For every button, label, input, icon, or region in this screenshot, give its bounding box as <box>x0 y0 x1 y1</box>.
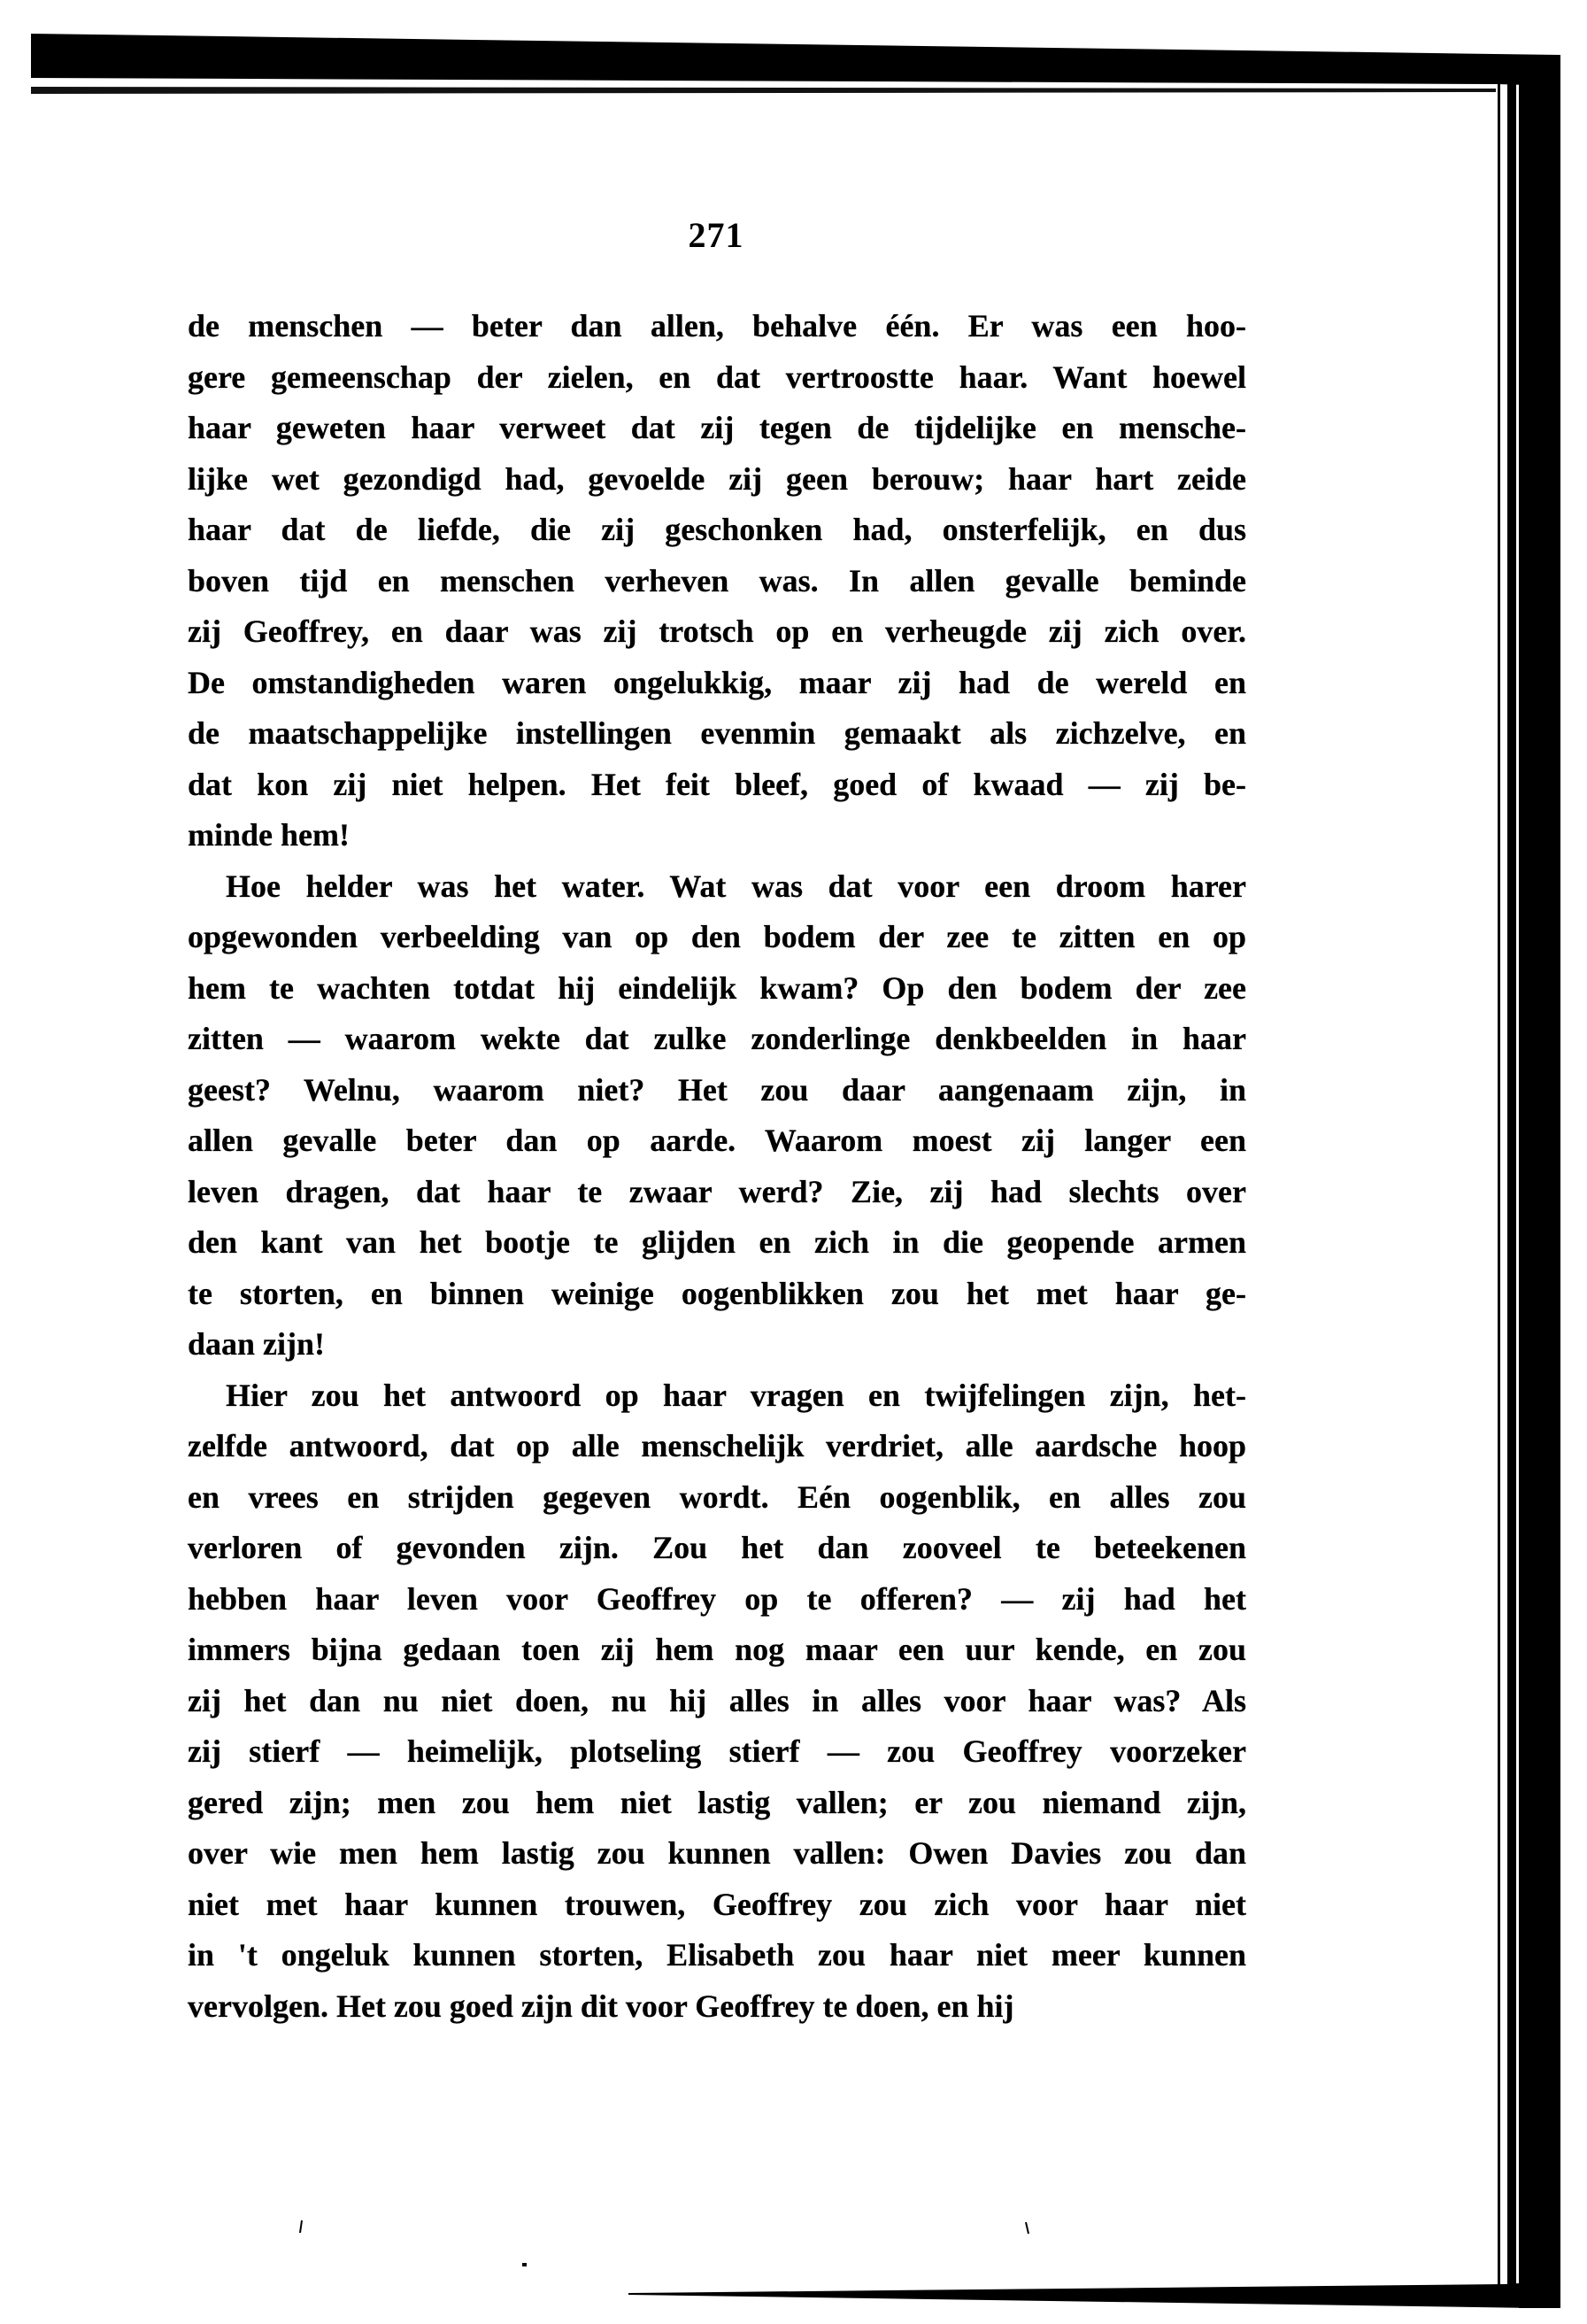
text-line: vervolgen. Het zou goed zijn dit voor Ge… <box>188 1981 1246 2033</box>
text-line: den kant van het bootje te glijden en zi… <box>188 1217 1246 1269</box>
right-scan-edge-line <box>1507 84 1516 2293</box>
text-line: dat kon zij niet helpen. Het feit bleef,… <box>188 760 1246 811</box>
text-line: zitten — waarom wekte dat zulke zonderli… <box>188 1014 1246 1065</box>
text-line: gere gemeenschap der zielen, en dat vert… <box>188 352 1246 404</box>
text-line: allen gevalle beter dan op aarde. Waarom… <box>188 1116 1246 1167</box>
text-line: de maatschappelijke instellingen evenmin… <box>188 708 1246 760</box>
text-line: in 't ongeluk kunnen storten, Elisabeth … <box>188 1930 1246 1981</box>
paragraph: de menschen — beter dan allen, behalve é… <box>188 301 1246 861</box>
text-line: verloren of gevonden zijn. Zou het dan z… <box>188 1523 1246 1574</box>
text-line: geest? Welnu, waarom niet? Het zou daar … <box>188 1065 1246 1116</box>
text-line: immers bijna gedaan toen zij hem nog maa… <box>188 1625 1246 1676</box>
scan-speck <box>522 2263 527 2266</box>
text-line: hebben haar leven voor Geoffrey op te of… <box>188 1574 1246 1625</box>
scan-speck <box>300 2220 302 2233</box>
text-line: daan zijn! <box>188 1319 1246 1370</box>
text-line: haar geweten haar verweet dat zij tegen … <box>188 403 1246 454</box>
bottom-scan-edge <box>628 2282 1534 2308</box>
paragraph: Hier zou het antwoord op haar vragen en … <box>188 1370 1246 2033</box>
text-line: te storten, en binnen weinige oogenblikk… <box>188 1269 1246 1320</box>
right-scan-edge <box>1519 55 1560 2308</box>
text-line: boven tijd en menschen verheven was. In … <box>188 556 1246 607</box>
text-line: en vrees en strijden gegeven wordt. Eén … <box>188 1472 1246 1524</box>
text-line: zij stierf — heimelijk, plotseling stier… <box>188 1726 1246 1778</box>
text-line: haar dat de liefde, die zij geschonken h… <box>188 505 1246 556</box>
top-scan-edge <box>31 34 1560 86</box>
scan-speck <box>1026 2222 1028 2234</box>
page-number: 271 <box>628 211 805 260</box>
paragraph: Hoe helder was het water. Wat was dat vo… <box>188 861 1246 1370</box>
right-scan-edge-line <box>1498 84 1500 2293</box>
text-line: leven dragen, dat haar te zwaar werd? Zi… <box>188 1167 1246 1218</box>
text-line: opgewonden verbeelding van op den bodem … <box>188 912 1246 963</box>
top-scan-edge-inner <box>31 87 1496 94</box>
text-line: minde hem! <box>188 810 1246 861</box>
text-line: de menschen — beter dan allen, behalve é… <box>188 301 1246 352</box>
text-line: zelfde antwoord, dat op alle menschelijk… <box>188 1421 1246 1472</box>
text-line: gered zijn; men zou hem niet lastig vall… <box>188 1778 1246 1829</box>
text-line: De omstandigheden waren ongelukkig, maar… <box>188 658 1246 709</box>
text-line: over wie men hem lastig zou kunnen valle… <box>188 1828 1246 1880</box>
text-line: niet met haar kunnen trouwen, Geoffrey z… <box>188 1880 1246 1931</box>
body-text: de menschen — beter dan allen, behalve é… <box>188 301 1246 2032</box>
text-line: zij Geoffrey, en daar was zij trotsch op… <box>188 606 1246 658</box>
text-line: Hoe helder was het water. Wat was dat vo… <box>188 861 1246 913</box>
text-line: zij het dan nu niet doen, nu hij alles i… <box>188 1676 1246 1727</box>
text-line: lijke wet gezondigd had, gevoelde zij ge… <box>188 454 1246 506</box>
text-line: Hier zou het antwoord op haar vragen en … <box>188 1370 1246 1422</box>
text-line: hem te wachten totdat hij eindelijk kwam… <box>188 963 1246 1015</box>
